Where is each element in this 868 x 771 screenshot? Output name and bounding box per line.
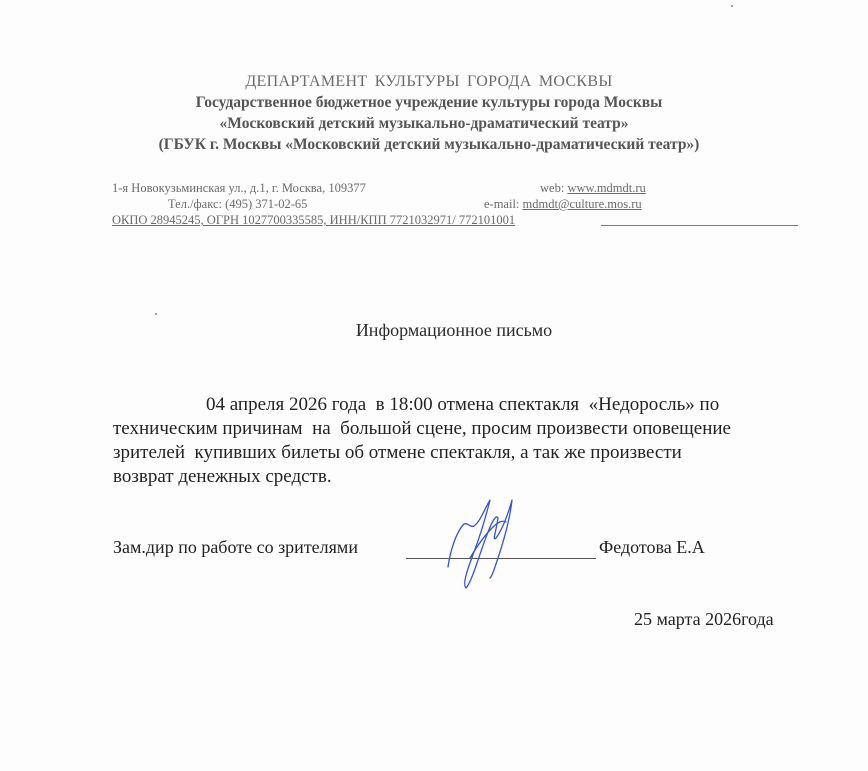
document-title: Информационное письмо — [20, 320, 868, 341]
website-link[interactable]: www.mdmdt.ru — [567, 181, 645, 195]
registration-text: ОКПО 28945245, ОГРН 1027700335585, ИНН/К… — [112, 213, 515, 227]
handwritten-signature-icon — [440, 492, 530, 592]
scan-artifact — [155, 313, 157, 315]
theatre-name: «Московский детский музыкально-драматиче… — [0, 113, 868, 134]
body-line-1: 04 апреля 2026 года в 18:00 отмена спект… — [113, 393, 813, 417]
letter-page: ДЕПАРТАМЕНТ КУЛЬТУРЫ ГОРОДА МОСКВЫ Госуд… — [0, 0, 868, 771]
signatory-role: Зам.дир по работе со зрителями — [113, 537, 358, 558]
body-line-3: зрителей купивших билеты об отмене спект… — [113, 441, 813, 465]
letterhead: ДЕПАРТАМЕНТ КУЛЬТУРЫ ГОРОДА МОСКВЫ Госуд… — [0, 72, 868, 155]
body-line-4: возврат денежных средств. — [113, 465, 813, 489]
email-link[interactable]: mdmdt@culture.mos.ru — [523, 197, 642, 211]
header-divider-line — [601, 225, 798, 226]
org-short-name: (ГБУК г. Москвы «Московский детский музы… — [0, 134, 868, 155]
signatory-name: Федотова Е.А — [599, 537, 705, 558]
contact-block: 1-я Новокузьминская ул., д.1, г. Москва,… — [112, 180, 802, 228]
address: 1-я Новокузьминская ул., д.1, г. Москва,… — [112, 180, 366, 196]
department-name: ДЕПАРТАМЕНТ КУЛЬТУРЫ ГОРОДА МОСКВЫ — [0, 72, 868, 92]
org-full-name: Государственное бюджетное учреждение кул… — [0, 92, 868, 113]
phone-fax: Тел./факс: (495) 371-02-65 — [168, 196, 307, 212]
email: e-mail: mdmdt@culture.mos.ru — [484, 196, 642, 212]
website: web: www.mdmdt.ru — [540, 180, 646, 196]
letter-date: 25 марта 2026года — [634, 609, 774, 630]
web-label: web: — [540, 181, 567, 195]
contact-row-phone: Тел./факс: (495) 371-02-65 e-mail: mdmdt… — [112, 196, 802, 212]
body-line-2: техническим причинам на большой сцене, п… — [113, 417, 813, 441]
contact-row-address: 1-я Новокузьминская ул., д.1, г. Москва,… — [112, 180, 802, 196]
letter-body: 04 апреля 2026 года в 18:00 отмена спект… — [113, 393, 813, 489]
registration-numbers: ОКПО 28945245, ОГРН 1027700335585, ИНН/К… — [112, 212, 802, 228]
scan-artifact — [731, 5, 733, 7]
email-label: e-mail: — [484, 197, 523, 211]
